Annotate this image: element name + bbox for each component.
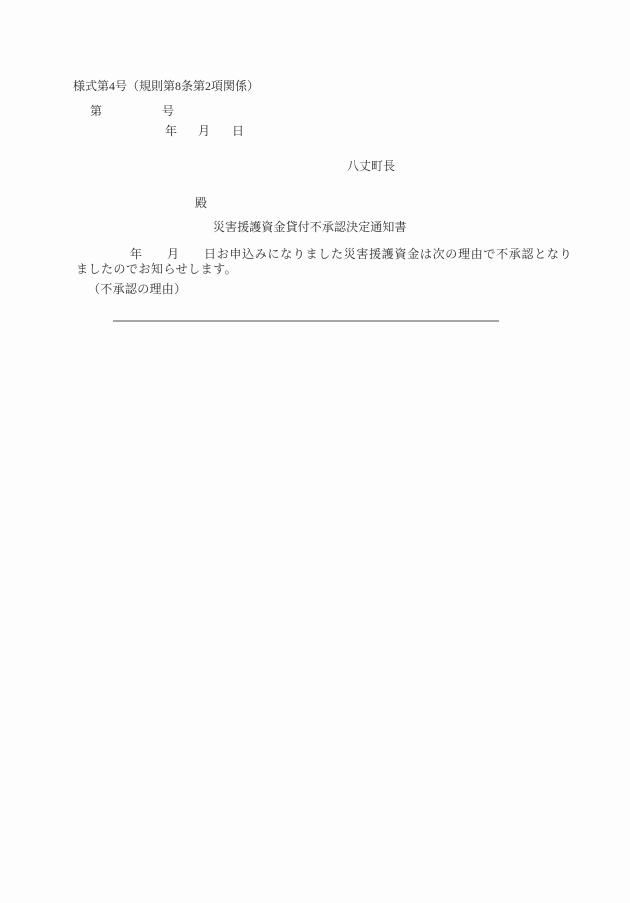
document-number-suffix: 号	[162, 103, 174, 119]
body-text-line2: ましたのでお知らせします。	[76, 261, 237, 277]
document-page: 様式第4号（規則第8条第2項関係） 第 号 年 月 日 八丈町長 殿 災害援護資…	[0, 0, 630, 903]
reason-fill-in-line	[113, 320, 499, 322]
application-date-year-label: 年	[130, 246, 142, 262]
reason-heading: （不承認の理由）	[88, 281, 186, 297]
issue-date-month-label: 月	[198, 123, 210, 139]
form-number-label: 様式第4号（規則第8条第2項関係）	[73, 78, 259, 94]
document-title: 災害援護資金貸付不承認決定通知書	[213, 219, 407, 235]
addresser-name: 八丈町長	[347, 158, 395, 174]
document-number-prefix: 第	[90, 103, 102, 119]
body-text-line1: 日お申込みになりました災害援護資金は次の理由で不承認となり	[204, 246, 572, 262]
issue-date-year-label: 年	[165, 123, 177, 139]
issue-date-day-label: 日	[232, 123, 244, 139]
application-date-month-label: 月	[167, 246, 179, 262]
addressee-honorific: 殿	[195, 195, 207, 211]
